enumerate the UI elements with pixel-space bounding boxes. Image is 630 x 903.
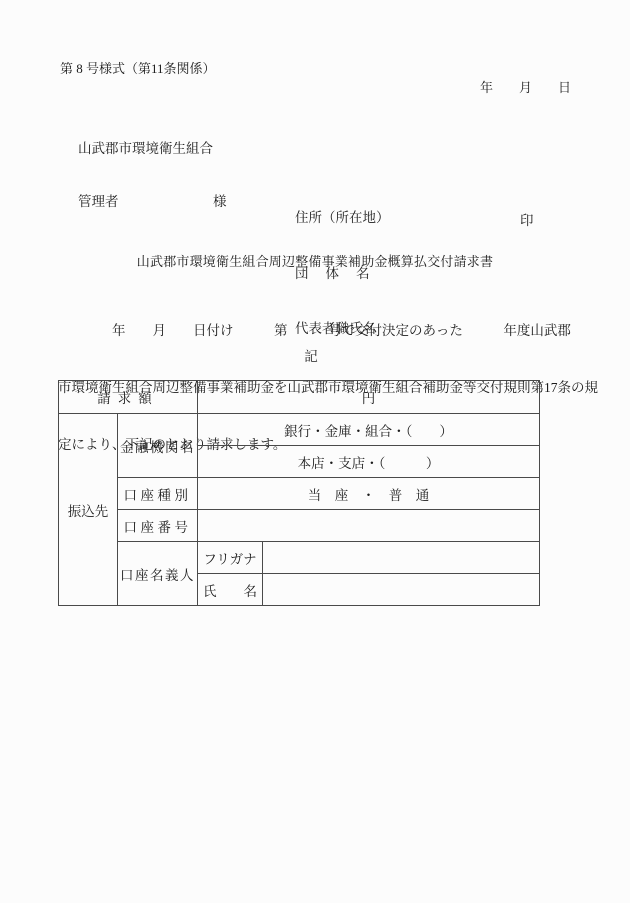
recipient-addressee-label: 管理者 様 xyxy=(78,193,227,211)
table-row: 口座番号 xyxy=(59,510,540,542)
recipient-block: 山武郡市環境衛生組合 管理者 様 xyxy=(78,105,227,245)
claim-amount-label-cell: 請求額 xyxy=(59,381,198,414)
seal-label: 印 xyxy=(520,209,534,229)
ki-notation-label: 記 xyxy=(0,345,622,365)
bank-name-label-cell: 金融機関名 xyxy=(118,414,198,478)
table-row: 請求額 円 xyxy=(59,381,540,414)
claim-table: 請求額 円 振込先 金融機関名 銀行・金庫・組合・（ ） 本店・支店・（ ） 口… xyxy=(58,380,540,606)
account-number-label-cell: 口座番号 xyxy=(118,510,198,542)
account-number-value-cell xyxy=(198,510,540,542)
date-line: 年 月 日 xyxy=(480,77,571,96)
document-title: 山武郡市環境衛生組合周辺整備事業補助金概算払交付請求書 xyxy=(0,251,630,270)
branch-type-options-cell: 本店・支店・（ ） xyxy=(198,446,540,478)
table-row: 口座名義人 フリガナ xyxy=(59,542,540,574)
account-type-options-cell: 当 座 ・ 普 通 xyxy=(198,478,540,510)
furigana-value-cell xyxy=(263,542,540,574)
sender-address-label: 住所（所在地） xyxy=(295,209,390,228)
bank-type-options-cell: 銀行・金庫・組合・（ ） xyxy=(198,414,540,446)
claim-amount-value-cell: 円 xyxy=(198,381,540,414)
document-page: 第 8 号様式（第11条関係） 年 月 日 山武郡市環境衛生組合 管理者 様 住… xyxy=(0,0,630,903)
recipient-org-label: 山武郡市環境衛生組合 xyxy=(78,140,227,158)
account-type-label-cell: 口座種別 xyxy=(118,478,198,510)
table-row: 口座種別 当 座 ・ 普 通 xyxy=(59,478,540,510)
name-value-cell xyxy=(263,574,540,606)
name-label-cell: 氏 名 xyxy=(198,574,263,606)
transfer-destination-label-cell: 振込先 xyxy=(59,414,118,606)
table-row: 振込先 金融機関名 銀行・金庫・組合・（ ） xyxy=(59,414,540,446)
furigana-label-cell: フリガナ xyxy=(198,542,263,574)
account-holder-label-cell: 口座名義人 xyxy=(118,542,198,606)
form-number-label: 第 8 号様式（第11条関係） xyxy=(60,58,216,77)
body-line: 年 月 日付け 第 号で交付決定のあった 年度山武郡 xyxy=(58,321,583,340)
